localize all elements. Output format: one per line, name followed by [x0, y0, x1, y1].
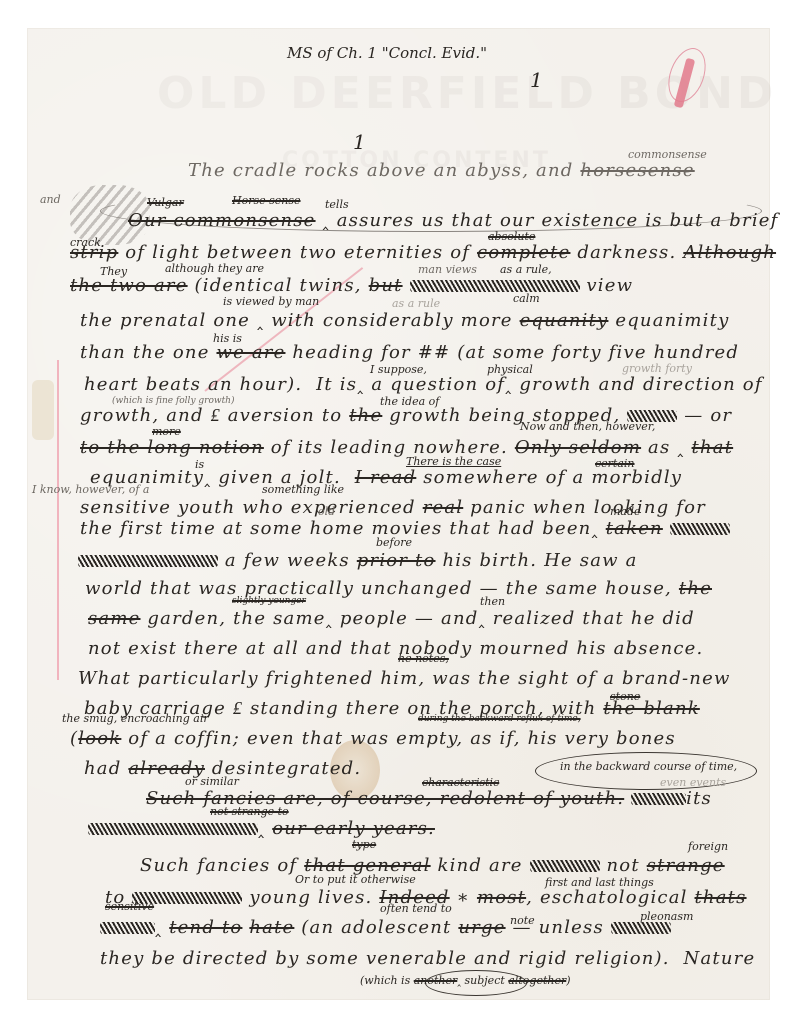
manuscript-line-2: strip of light between two eternities of…: [70, 242, 776, 263]
manuscript-line-26: (which is another‸ subject altogether): [360, 974, 571, 987]
insertion: then: [480, 595, 505, 608]
manuscript-line-22: Such fancies of that general kind are no…: [140, 855, 725, 876]
manuscript-line-18: (look of a coffin; even that was empty, …: [70, 728, 676, 749]
manuscript-line-6: heart beats an hour). It is‸ a question …: [84, 374, 763, 395]
insertion: foreign: [688, 840, 728, 853]
insertion: the smug, encroaching air: [62, 712, 209, 725]
insertion: although they are: [165, 262, 264, 275]
manuscript-line-0: The cradle rocks above an abyss, and hor…: [188, 160, 695, 181]
manuscript-line-3: the two are (identical twins, but view: [70, 275, 633, 296]
manuscript-line-13: world that was practically unchanged — t…: [85, 578, 712, 599]
insertion: he notes,: [398, 652, 449, 665]
insertion: in the backward course of time,: [560, 760, 737, 773]
insertion: during the backward reflux of time,: [418, 714, 581, 724]
manuscript-line-4: the prenatal one ‸ with considerably mor…: [80, 310, 729, 331]
scribbled-out-word: [410, 280, 580, 292]
scribbled-out-word: [88, 823, 258, 835]
manuscript-line-25: they be directed by some venerable and r…: [100, 948, 755, 969]
scribbled-out-word: [100, 922, 155, 934]
manuscript-line-12: a few weeks prior to his birth. He saw a: [78, 550, 638, 571]
tape-stain: [32, 380, 54, 440]
header-note: MS of Ch. 1 "Concl. Evid.": [287, 44, 487, 62]
insertion: made: [610, 505, 641, 518]
insertion: something like: [262, 483, 344, 496]
scribbled-out-word: [670, 523, 730, 535]
manuscript-line-16: What particularly frightened him, was th…: [78, 668, 731, 689]
struck-text: sensitive: [105, 900, 154, 913]
insertion: commonsense: [628, 148, 707, 161]
insertion: type: [352, 838, 376, 851]
insertion: slightly younger: [232, 596, 306, 606]
page-number: 1: [530, 68, 543, 92]
insertion: calm: [513, 292, 540, 305]
struck-text: Vulgar: [147, 196, 184, 209]
insertion: or similar: [185, 775, 239, 788]
insertion: as a rule: [392, 297, 440, 310]
insertion: not strange to: [210, 805, 289, 818]
insertion: is viewed by man: [223, 295, 319, 308]
manuscript-line-5: than the one we are heading for ## (at s…: [80, 342, 739, 363]
insertion: often tend to: [380, 902, 452, 915]
manuscript-line-1: Our commonsense ‸ assures us that our ex…: [128, 210, 779, 231]
struck-text: Horse sense: [232, 194, 301, 207]
insertion: old: [318, 505, 335, 518]
manuscript-line-21: ‸ our early years.: [88, 818, 435, 839]
insertion: Or to put it otherwise: [295, 873, 416, 886]
manuscript-line-24: ‸ tend to hate (an adolescent urge — unl…: [100, 917, 671, 938]
insertion: Now and then, however,: [520, 420, 655, 433]
manuscript-line-9: equanimity‸ given a jolt. I read somewhe…: [90, 467, 682, 488]
manuscript-line-14: same garden, the same‸ people — and‸ rea…: [88, 608, 695, 629]
scribbled-out-word: [530, 860, 600, 872]
scribbled-out-word: [631, 793, 686, 805]
margin-note: and: [40, 193, 61, 206]
scribbled-out-word: [78, 555, 218, 567]
red-margin-line: [57, 360, 59, 680]
margin-note: I know, however, of a: [32, 483, 149, 496]
manuscript-line-15: not exist there at all and that nobody m…: [88, 638, 703, 659]
insertion: before: [376, 536, 412, 549]
chapter-number: 1: [353, 130, 366, 154]
scribbled-out-word: [611, 922, 671, 934]
